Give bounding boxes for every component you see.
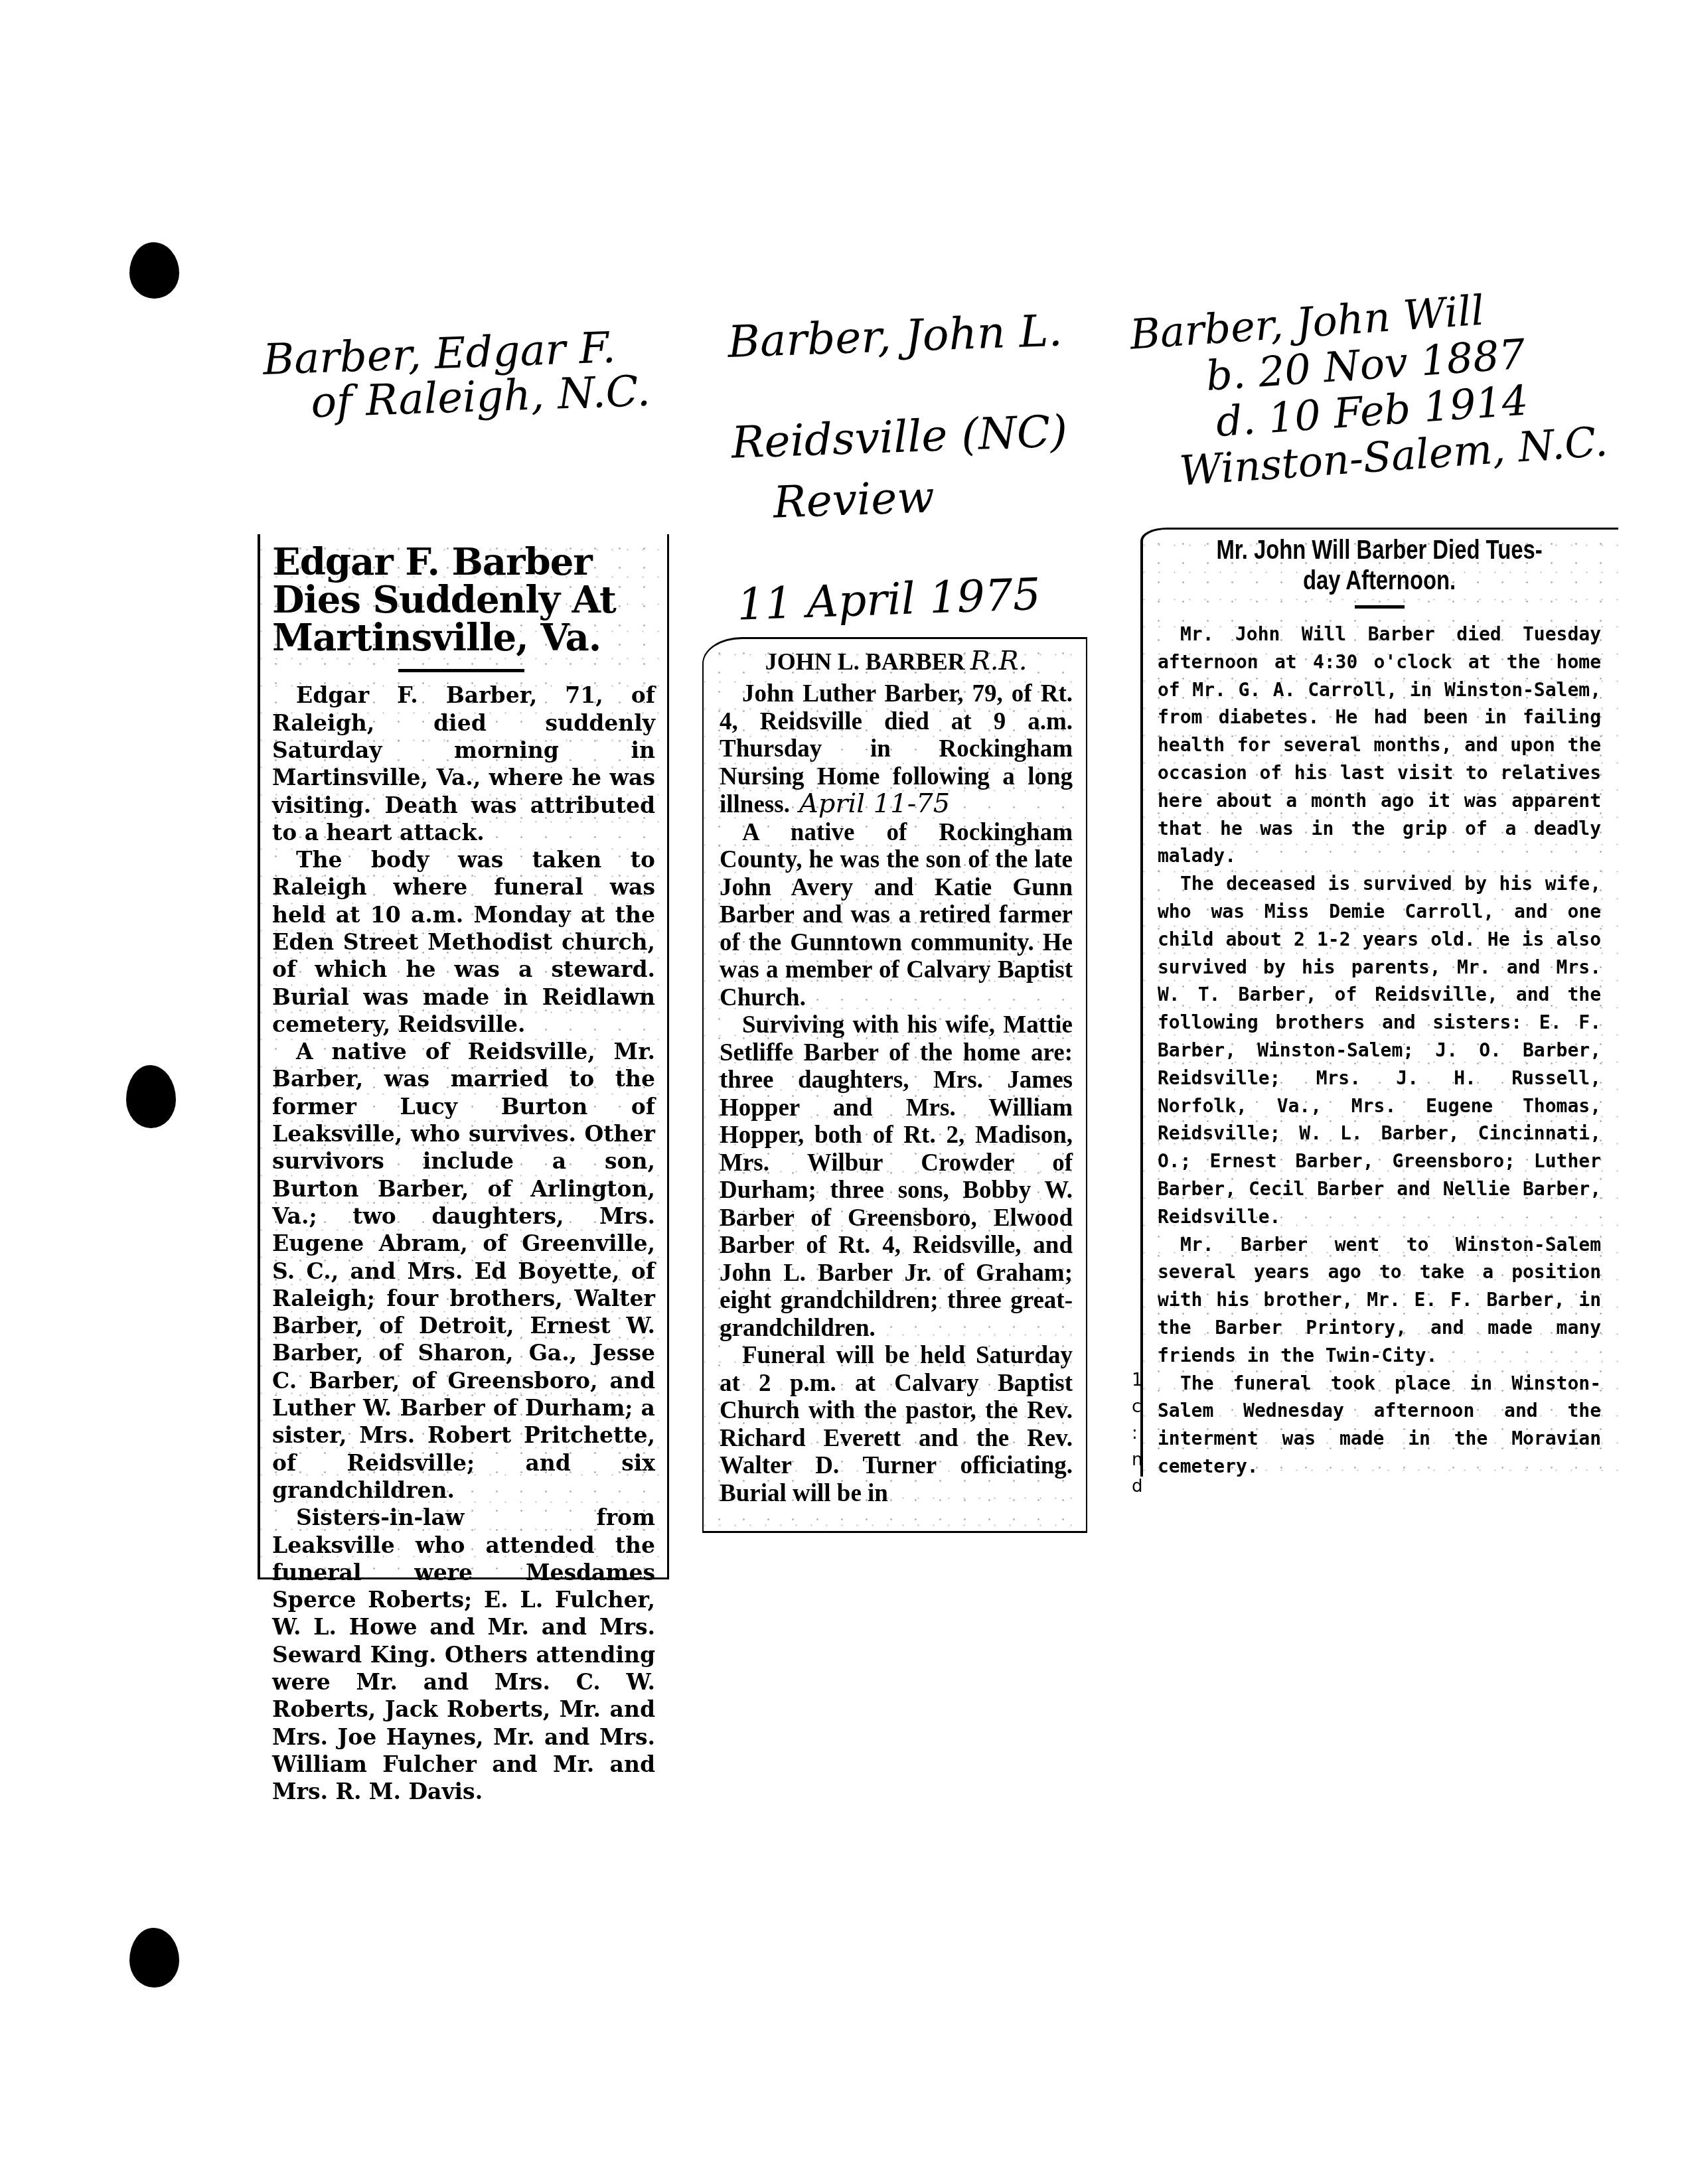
handwritten-label-edgar: Barber, Edgar F. of Raleigh, N.C. bbox=[262, 325, 651, 428]
paragraph: Sisters-in-law from Leaksville who atten… bbox=[272, 1504, 655, 1805]
edge-char: : bbox=[1132, 1420, 1143, 1447]
article-body: John Luther Barber, 79, of Rt. 4, Reidsv… bbox=[720, 680, 1073, 1507]
handwritten-initials: R.R. bbox=[970, 646, 1028, 676]
headline-line: Edgar F. Barber bbox=[272, 544, 655, 581]
headline-line: Dies Suddenly At bbox=[272, 581, 655, 619]
punch-hole-icon bbox=[129, 1928, 179, 1988]
paragraph: Funeral will be held Saturday at 2 p.m. … bbox=[720, 1342, 1073, 1507]
headline: Mr. John Will Barber Died Tues- day Afte… bbox=[1197, 535, 1561, 596]
clipping-john-l-barber: JOHN L. BARBERR.R. John Luther Barber, 7… bbox=[702, 637, 1087, 1533]
label-line: Reidsville (NC) bbox=[730, 401, 1068, 474]
headline-text: JOHN L. BARBER bbox=[765, 648, 965, 675]
clipping-edge-fragment: 1 c : n d bbox=[1132, 1367, 1143, 1500]
paragraph: Mr. Barber went to Winston-Salem several… bbox=[1158, 1231, 1601, 1370]
handwritten-label-john-l: Barber, John L. Reidsville (NC) Review 1… bbox=[727, 300, 1074, 635]
paragraph: A native of Rockingham County, he was th… bbox=[720, 819, 1073, 1012]
scanned-document-page: Barber, Edgar F. of Raleigh, N.C. Edgar … bbox=[0, 0, 1684, 2184]
headline: Edgar F. Barber Dies Suddenly At Martins… bbox=[272, 544, 655, 657]
paragraph: Mr. John Will Barber died Tuesday aftern… bbox=[1158, 620, 1601, 870]
paragraph: Edgar F. Barber, 71, of Raleigh, died su… bbox=[272, 682, 655, 846]
headline-line: day Afternoon. bbox=[1197, 565, 1561, 596]
label-line: Barber, John L. bbox=[727, 300, 1065, 373]
edge-char: 1 bbox=[1132, 1367, 1143, 1394]
paragraph: A native of Reidsville, Mr. Barber, was … bbox=[272, 1038, 655, 1504]
headline-line: Mr. John Will Barber Died Tues- bbox=[1197, 535, 1561, 565]
edge-char: c bbox=[1132, 1394, 1143, 1420]
paragraph: The funeral took place in Winston-Salem … bbox=[1158, 1370, 1601, 1481]
label-line: 11 April 1975 bbox=[736, 563, 1074, 636]
label-line: of Raleigh, N.C. bbox=[310, 370, 651, 426]
paragraph: Surviving with his wife, Mattie Setliffe… bbox=[720, 1011, 1073, 1342]
article-body: Mr. John Will Barber died Tuesday aftern… bbox=[1158, 620, 1601, 1481]
headline: JOHN L. BARBERR.R. bbox=[720, 646, 1073, 676]
paragraph: The body was taken to Raleigh where fune… bbox=[272, 846, 655, 1038]
article-body: Edgar F. Barber, 71, of Raleigh, died su… bbox=[272, 682, 655, 1805]
punch-hole-icon bbox=[129, 242, 179, 299]
label-line: Review bbox=[772, 462, 1070, 534]
divider bbox=[1355, 605, 1405, 609]
headline-line: Martinsville, Va. bbox=[272, 619, 655, 657]
edge-char: n bbox=[1132, 1447, 1143, 1473]
divider bbox=[398, 669, 524, 672]
clipping-john-will-barber: Mr. John Will Barber Died Tues- day Afte… bbox=[1140, 528, 1618, 1477]
paragraph: The deceased is survived by his wife, wh… bbox=[1158, 870, 1601, 1230]
handwritten-date-note: April 11-75 bbox=[799, 788, 950, 819]
clipping-edgar-barber: Edgar F. Barber Dies Suddenly At Martins… bbox=[258, 534, 669, 1579]
edge-char: d bbox=[1132, 1473, 1143, 1500]
punch-hole-icon bbox=[126, 1065, 176, 1128]
handwritten-label-john-will: Barber, John Will b. 20 Nov 1887 d. 10 F… bbox=[1128, 279, 1609, 498]
